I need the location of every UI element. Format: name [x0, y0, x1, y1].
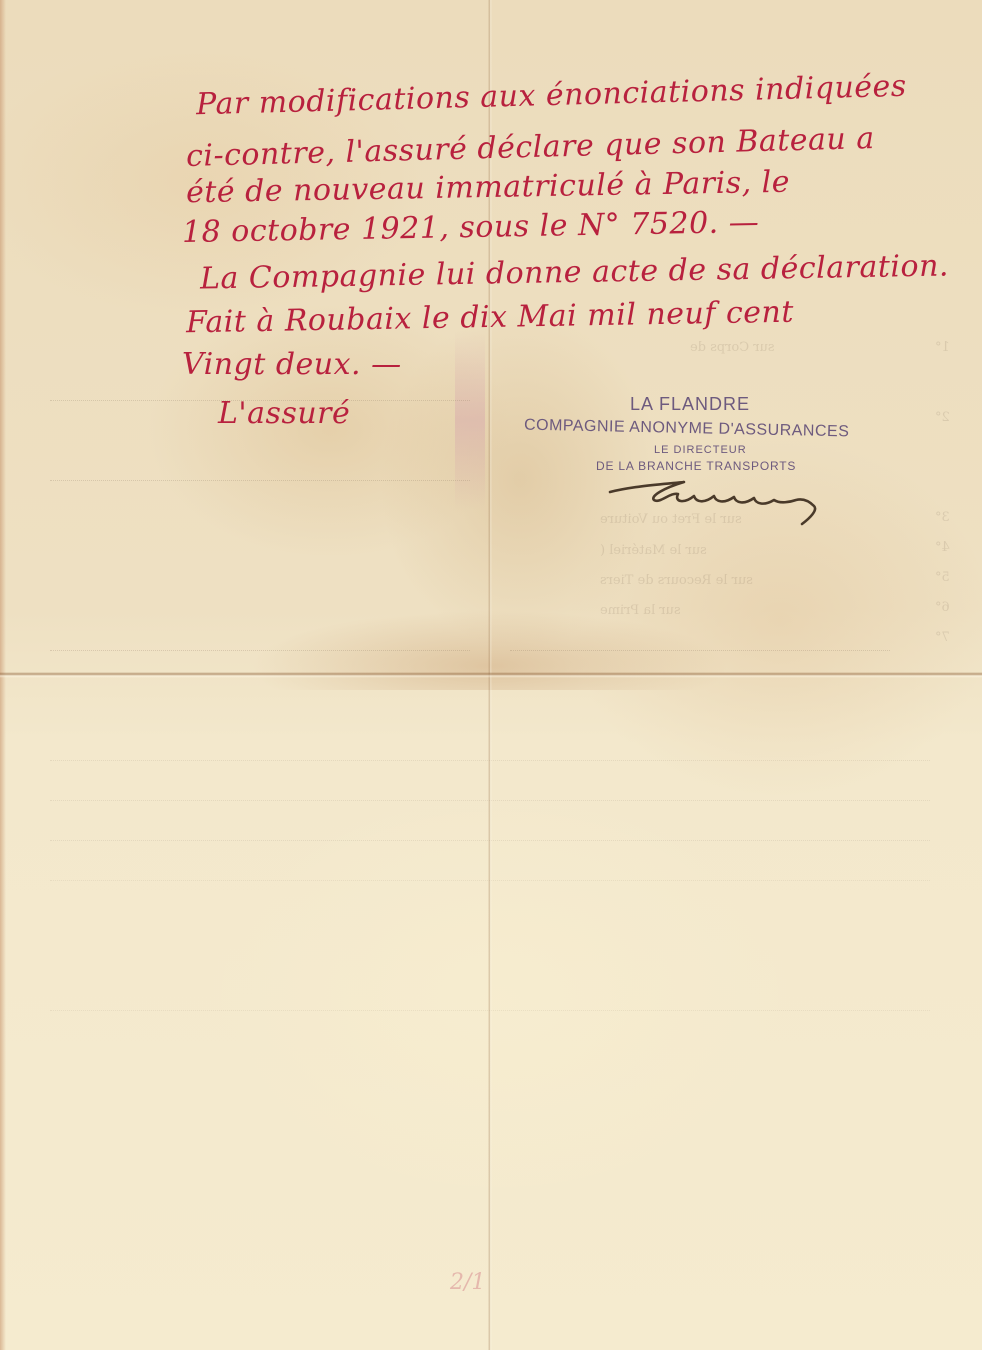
bleed-item-number: 5°	[935, 570, 950, 585]
stamp-title-line-1: LE DIRECTEUR	[654, 444, 747, 456]
page-number-mark: 2/1	[450, 1270, 485, 1295]
document-page: 1° 2° 3° 4° 5° 6° 7° sur Corps de sur le…	[0, 0, 982, 1350]
stamp-company-name: LA FLANDRE	[630, 394, 750, 415]
director-signature	[604, 470, 844, 530]
horizontal-fold	[0, 672, 982, 678]
bleed-rule	[510, 650, 890, 651]
bleed-item-number: 6°	[935, 600, 950, 615]
ink-stain	[455, 330, 485, 510]
bleed-fragment: sur le Recours de Tiers	[600, 573, 753, 588]
bleed-item-number: 7°	[935, 630, 950, 645]
declaration-line-1: Par modifications aux énonciations indiq…	[196, 69, 907, 123]
bleed-item-number: 3°	[935, 510, 950, 525]
bleed-rule	[50, 650, 470, 651]
declaration-line-6: Fait à Roubaix le dix Mai mil neuf cent	[186, 295, 794, 341]
declaration-line-4: 18 octobre 1921, sous le N° 7520. —	[182, 205, 760, 250]
bleed-fragment: sur le Matériel (	[600, 543, 707, 558]
declaration-line-5: La Compagnie lui donne acte de sa déclar…	[200, 248, 949, 296]
bleed-item-number: 2°	[935, 410, 950, 425]
stamp-company-type: COMPAGNIE ANONYME D'ASSURANCES	[524, 417, 850, 442]
bleed-item-number: 1°	[935, 340, 950, 355]
bleed-item-number: 4°	[935, 540, 950, 555]
bleed-fragment: sur la Prime	[600, 603, 681, 618]
bleed-fragment: sur Corps de	[690, 340, 775, 355]
insured-signature-label: L'assuré	[218, 396, 350, 431]
declaration-line-7: Vingt deux. —	[182, 347, 402, 382]
bleed-rule	[50, 480, 470, 481]
